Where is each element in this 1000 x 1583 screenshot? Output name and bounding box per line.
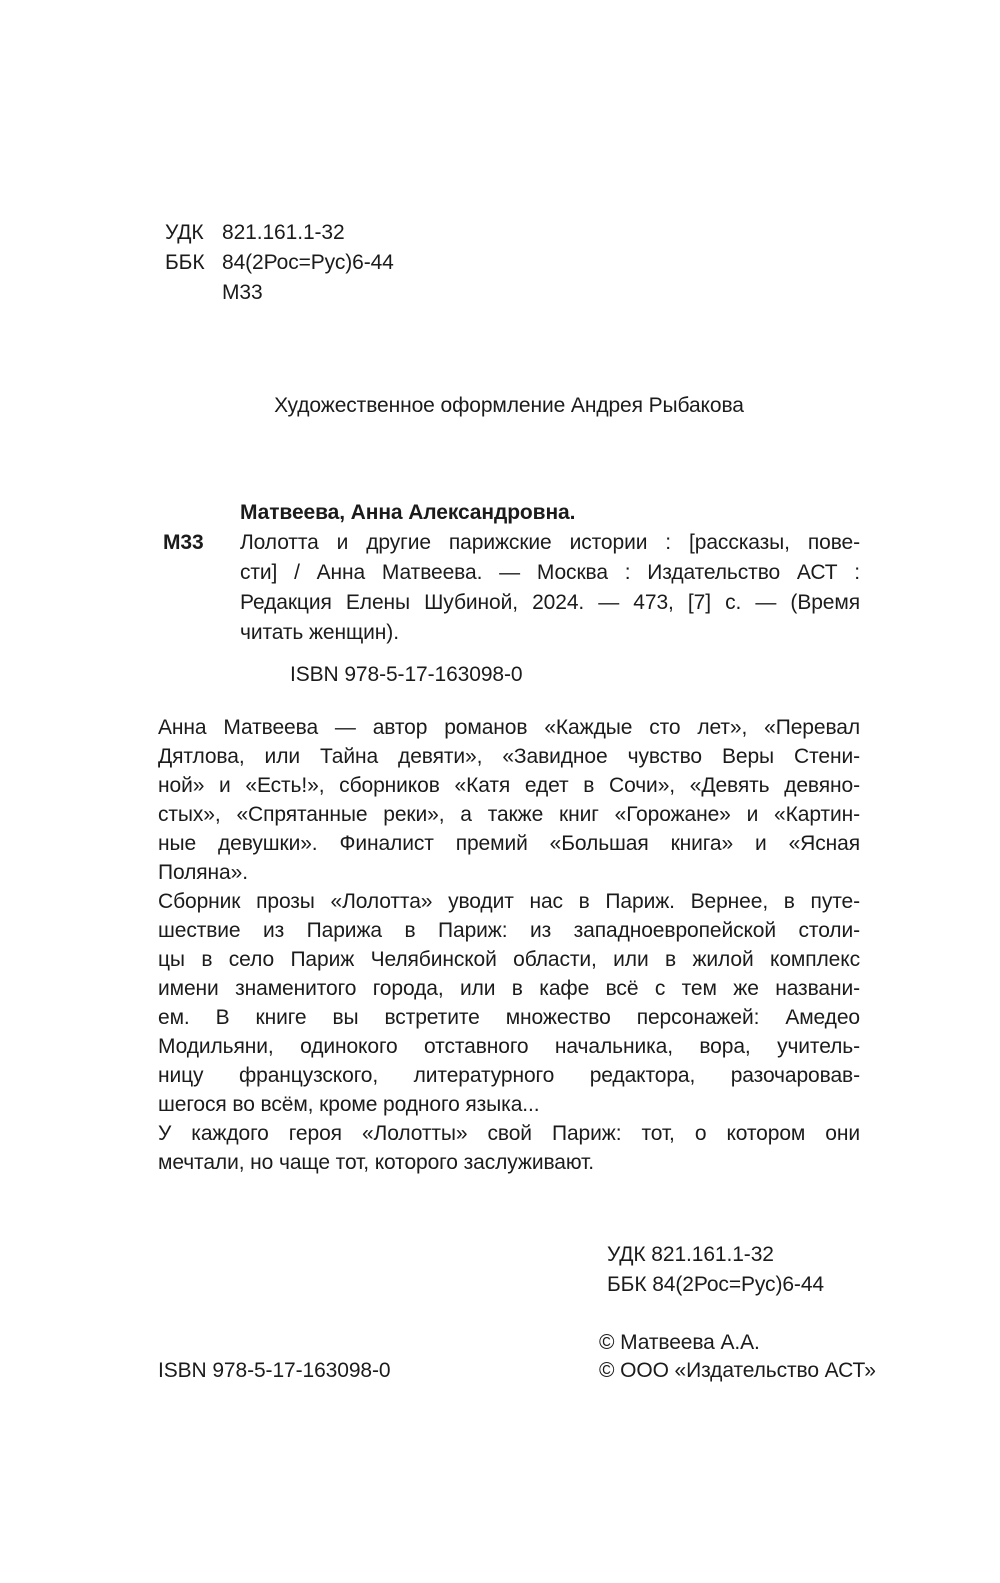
text-line: ной» и «Есть!», сборников «Катя едет в С… — [158, 771, 860, 800]
copyright-block: © Матвеева А.А. © ООО «Издательство АСТ» — [599, 1329, 876, 1385]
bbk-line: ББК 84(2Рос=Рус)6-44 — [165, 248, 394, 278]
text-line: сти] / Анна Матвеева. — Москва : Издател… — [240, 558, 860, 588]
text-line: шествие из Парижа в Париж: из западноевр… — [158, 916, 860, 945]
annotation-paragraph-3: У каждого героя «Лолотты» свой Париж: то… — [158, 1119, 860, 1177]
annotation-paragraph-2: Сборник прозы «Лолотта» уводит нас в Пар… — [158, 887, 860, 1119]
text-line: Модильяни, одинокого отставного начальни… — [158, 1032, 860, 1061]
author-sign-spacer — [165, 278, 222, 308]
text-line: Лолотта и другие парижские истории : [ра… — [240, 528, 860, 558]
annotation-block: Анна Матвеева — автор романов «Каждые ст… — [158, 713, 860, 1177]
text-line: Редакция Елены Шубиной, 2024. — 473, [7]… — [240, 588, 860, 618]
text-line: читать женщин). — [240, 618, 860, 648]
text-line: Анна Матвеева — автор романов «Каждые ст… — [158, 713, 860, 742]
author-sign: М33 — [222, 278, 263, 308]
text-line: Поляна». — [158, 858, 860, 887]
top-classification-block: УДК 821.161.1-32 ББК 84(2Рос=Рус)6-44 М3… — [165, 218, 394, 308]
bbk-value: 84(2Рос=Рус)6-44 — [222, 248, 394, 278]
bbk-label: ББК — [165, 248, 222, 278]
footer-bbk: ББК 84(2Рос=Рус)6-44 — [607, 1270, 824, 1300]
book-imprint-page: УДК 821.161.1-32 ББК 84(2Рос=Рус)6-44 М3… — [0, 0, 1000, 1583]
text-line: У каждого героя «Лолотты» свой Париж: то… — [158, 1119, 860, 1148]
text-line: Дятлова, или Тайна девяти», «Завидное чу… — [158, 742, 860, 771]
catalog-isbn: ISBN 978-5-17-163098-0 — [290, 660, 522, 690]
udk-line: УДК 821.161.1-32 — [165, 218, 394, 248]
catalog-author-sign: М33 — [163, 528, 204, 558]
catalog-card: Матвеева, Анна Александровна. Лолотта и … — [240, 498, 860, 648]
text-line: Сборник прозы «Лолотта» уводит нас в Пар… — [158, 887, 860, 916]
catalog-description: Лолотта и другие парижские истории : [ра… — [240, 528, 860, 648]
udk-label: УДК — [165, 218, 222, 248]
text-line: стых», «Спрятанные реки», а также книг «… — [158, 800, 860, 829]
author-sign-line: М33 — [165, 278, 394, 308]
catalog-heading: Матвеева, Анна Александровна. — [240, 498, 860, 528]
text-line: ные девушки». Финалист премий «Большая к… — [158, 829, 860, 858]
copyright-publisher: © ООО «Издательство АСТ» — [599, 1357, 876, 1385]
footer-isbn: ISBN 978-5-17-163098-0 — [158, 1357, 390, 1385]
text-line: цы в село Париж Челябинской области, или… — [158, 945, 860, 974]
text-line: мечтали, но чаще тот, которого заслужива… — [158, 1148, 860, 1177]
annotation-paragraph-1: Анна Матвеева — автор романов «Каждые ст… — [158, 713, 860, 887]
text-line: имени знаменитого города, или в кафе всё… — [158, 974, 860, 1003]
footer-classification-block: УДК 821.161.1-32 ББК 84(2Рос=Рус)6-44 — [607, 1240, 824, 1300]
udk-value: 821.161.1-32 — [222, 218, 345, 248]
text-line: ем. В книге вы встретите множество персо… — [158, 1003, 860, 1032]
design-credit: Художественное оформление Андрея Рыбаков… — [158, 392, 860, 420]
text-line: шегося во всём, кроме родного языка... — [158, 1090, 860, 1119]
footer-udk: УДК 821.161.1-32 — [607, 1240, 824, 1270]
text-line: ницу французского, литературного редакто… — [158, 1061, 860, 1090]
copyright-author: © Матвеева А.А. — [599, 1329, 876, 1357]
